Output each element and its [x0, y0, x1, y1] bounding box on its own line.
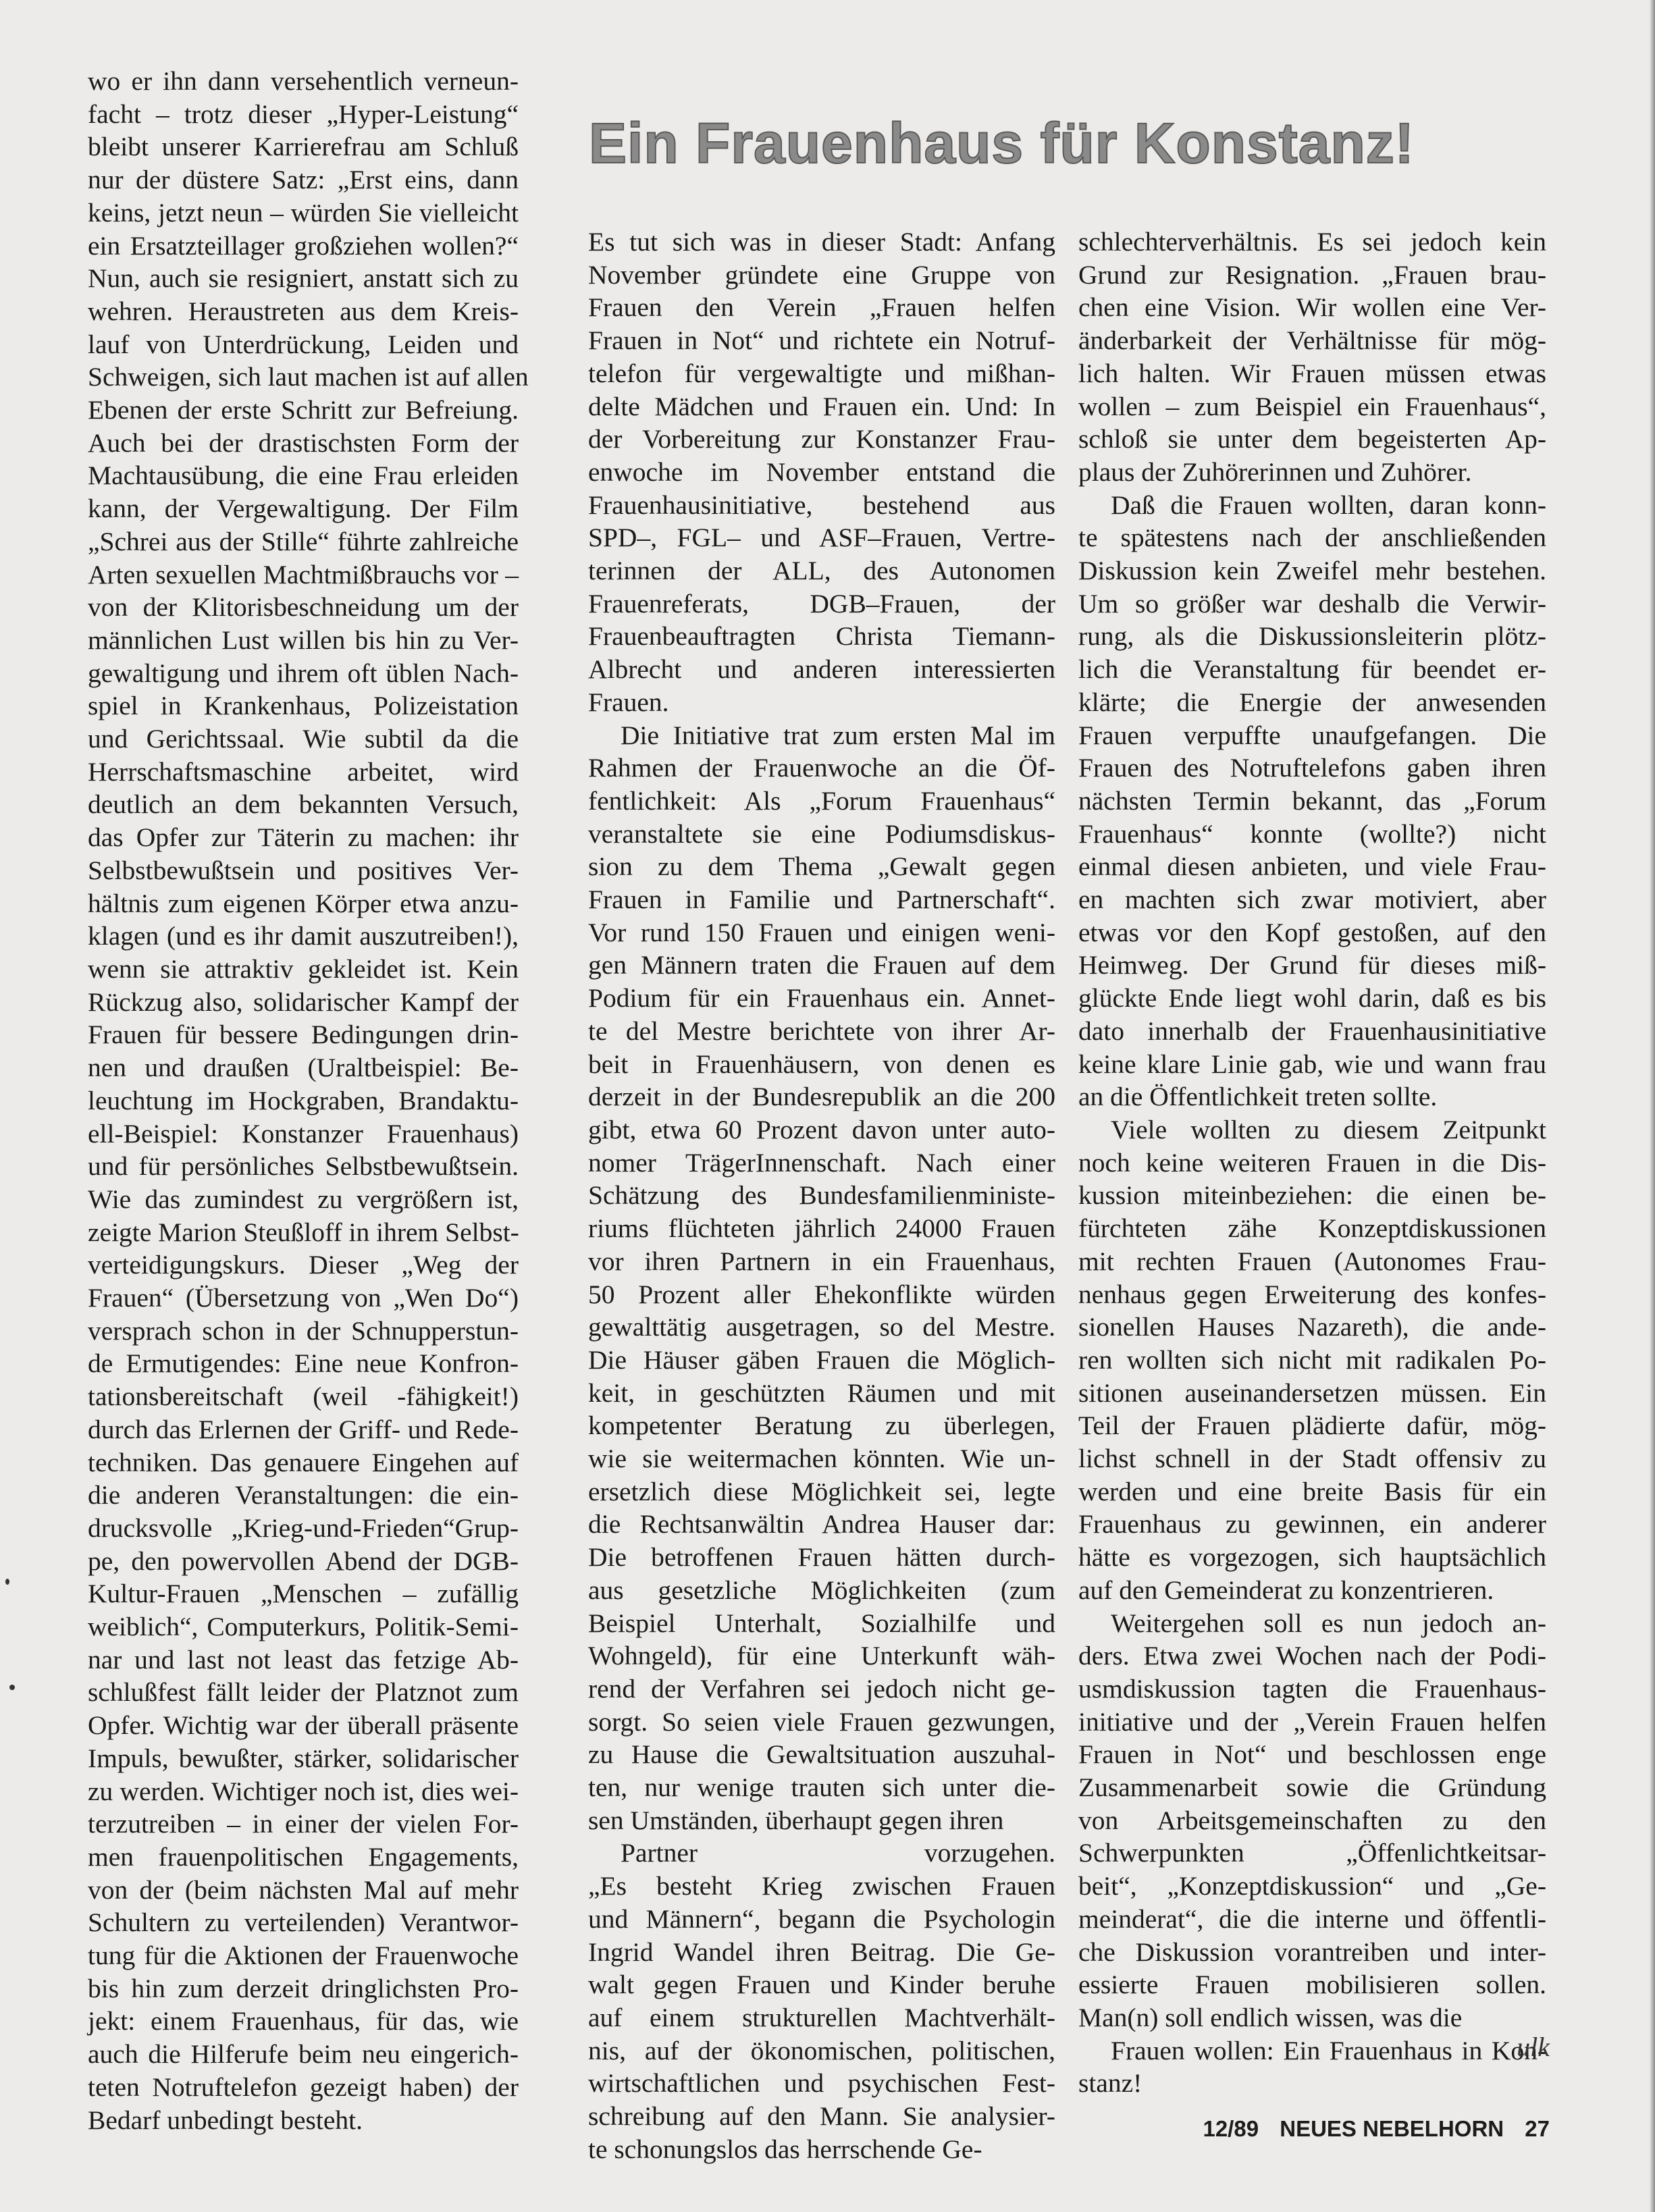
text-line: ders. Etwa zwei Wochen nach der Podi-	[1078, 1639, 1546, 1673]
text-line: Wie das zumindest zu vergrößern ist,	[88, 1183, 519, 1216]
text-line: Um so größer war deshalb die Verwir-	[1078, 587, 1546, 621]
text-line: te schonungslos das herrschende Ge-	[588, 2133, 1055, 2166]
text-line: Man(n) soll endlich wissen, was die	[1078, 2001, 1546, 2034]
text-line: von Arbeitsgemeinschaften zu den	[1078, 1804, 1546, 1837]
text-line: bleibt unserer Karrierefrau am Schluß	[88, 130, 519, 163]
text-line: die Rechtsanwältin Andrea Hauser dar:	[588, 1508, 1055, 1541]
text-line: usmdiskussion tagten die Frauenhaus-	[1078, 1673, 1546, 1706]
text-line: änderbarkeit der Verhältnisse für mög-	[1078, 324, 1546, 357]
text-line: gewaltigung und ihrem oft üblen Nach-	[88, 657, 519, 690]
text-line: sitionen auseinandersetzen müssen. Ein	[1078, 1377, 1546, 1410]
text-line: Frauenhaus“ konnte (wollte?) nicht	[1078, 818, 1546, 851]
text-line: enwoche im November entstand die	[588, 456, 1055, 489]
text-line: Frauen verpuffte unaufgefangen. Die	[1078, 719, 1546, 752]
text-line: leuchtung im Hockgraben, Brandaktu-	[88, 1084, 519, 1117]
text-line: Frauen für bessere Bedingungen drin-	[88, 1018, 519, 1051]
text-line: Weitergehen soll es nun jedoch an-	[1078, 1607, 1546, 1640]
text-line: wo er ihn dann versehentlich verneun-	[88, 65, 519, 98]
text-line: ein Ersatzteillager großziehen wollen?“	[88, 230, 519, 263]
text-line: Frauen in Not“ und beschlossen enge	[1078, 1738, 1546, 1771]
text-line: spiel in Krankenhaus, Polizeistation	[88, 689, 519, 722]
text-line: sorgt. So seien viele Frauen gezwungen,	[588, 1706, 1055, 1739]
text-line: walt gegen Frauen und Kinder beruhe	[588, 1968, 1055, 2001]
text-line: der Vorbereitung zur Konstanzer Frau-	[588, 423, 1055, 456]
text-line: sen Umständen, überhaupt gegen ihren	[588, 1804, 1055, 1837]
text-line: bis hin zum derzeit dringlichsten Pro-	[88, 1972, 519, 2005]
text-line: Frauen.	[588, 686, 1055, 719]
text-line: Nun, auch sie resigniert, anstatt sich z…	[88, 262, 519, 295]
text-line: nomer TrägerInnenschaft. Nach einer	[588, 1147, 1055, 1180]
text-line: glückte Ende liegt wohl darin, daß es bi…	[1078, 982, 1546, 1015]
text-line: „Es besteht Krieg zwischen Frauen	[588, 1870, 1055, 1903]
text-line: und Männern“, begann die Psychologin	[588, 1903, 1055, 1936]
text-line: auf den Gemeinderat zu konzentrieren.	[1078, 1574, 1546, 1607]
text-line: Rahmen der Frauenwoche an die Öf-	[588, 752, 1055, 785]
text-line: men frauenpolitischen Engagements,	[88, 1841, 519, 1874]
text-line: lichst schnell in der Stadt offensiv zu	[1078, 1442, 1546, 1475]
issue-number: 12/89	[1203, 2116, 1259, 2141]
text-line: Kultur-Frauen „Menschen – zufällig	[88, 1577, 519, 1610]
text-line: rend der Verfahren sei jedoch nicht ge-	[588, 1673, 1055, 1706]
text-line: terinnen der ALL, des Autonomen	[588, 554, 1055, 587]
text-line: terzutreiben – in einer der vielen For-	[88, 1808, 519, 1841]
text-line: männlichen Lust willen bis hin zu Ver-	[88, 624, 519, 657]
text-line: techniken. Das genauere Eingehen auf	[88, 1446, 519, 1479]
text-line: Machtausübung, die eine Frau erleiden	[88, 459, 519, 492]
text-line: te spätestens nach der anschließenden	[1078, 521, 1546, 554]
text-line: wollen – zum Beispiel ein Frauenhaus“,	[1078, 390, 1546, 423]
text-line: weiblich“, Computerkurs, Politik-Semi-	[88, 1610, 519, 1643]
text-line: sionellen Hauses Nazareth), die ande-	[1078, 1311, 1546, 1344]
text-line: wie sie weitermachen könnten. Wie un-	[588, 1442, 1055, 1475]
text-line: kann, der Vergewaltigung. Der Film	[88, 492, 519, 525]
text-line: sion zu dem Thema „Gewalt gegen	[588, 850, 1055, 883]
text-line: wehren. Heraustreten aus dem Kreis-	[88, 295, 519, 328]
text-line: telefon für vergewaltigte und mißhan-	[588, 357, 1055, 390]
text-line: riums flüchteten jährlich 24000 Frauen	[588, 1212, 1055, 1245]
text-line: Herrschaftsmaschine arbeitet, wird	[88, 756, 519, 789]
text-line: Vor rund 150 Frauen und einigen weni-	[588, 916, 1055, 949]
text-line: teten Notruftelefon gezeigt haben) der	[88, 2071, 519, 2104]
text-line: stanz!	[1078, 2067, 1546, 2100]
text-line: nenhaus gegen Erweiterung des konfes-	[1078, 1278, 1546, 1311]
text-line: Frauen in Familie und Partnerschaft“.	[588, 883, 1055, 916]
text-line: en machten sich zwar motiviert, aber	[1078, 883, 1546, 916]
text-line: kompetenter Beratung zu überlegen,	[588, 1409, 1055, 1442]
text-line: Teil der Frauen plädierte dafür, mög-	[1078, 1409, 1546, 1442]
text-line: Frauen den Verein „Frauen helfen	[588, 291, 1055, 324]
text-line: nächsten Termin bekannt, das „Forum	[1078, 785, 1546, 818]
text-line: zu werden. Wichtiger noch ist, dies wei-	[88, 1775, 519, 1808]
article-headline: Ein Frauenhaus für Konstanz!	[589, 111, 1415, 176]
text-line: Frauen wollen: Ein Frauenhaus in Kon-	[1078, 2034, 1546, 2068]
scan-speck	[9, 1685, 15, 1690]
text-line: Podium für ein Frauenhaus ein. Annet-	[588, 982, 1055, 1015]
page-number: 27	[1525, 2116, 1550, 2141]
text-line: Frauen in Not“ und richtete ein Notruf-	[588, 324, 1055, 357]
text-line: jekt: einem Frauenhaus, für das, wie	[88, 2005, 519, 2038]
text-line: de Ermutigendes: Eine neue Konfron-	[88, 1347, 519, 1380]
text-line: beit in Frauenhäusern, von denen es	[588, 1048, 1055, 1081]
text-line: wenn sie attraktiv gekleidet ist. Kein	[88, 953, 519, 986]
text-line: Die Häuser gäben Frauen die Möglich-	[588, 1344, 1055, 1377]
text-line: essierte Frauen mobilisieren sollen.	[1078, 1968, 1546, 2001]
text-line: „Schrei aus der Stille“ führte zahlreich…	[88, 525, 519, 558]
text-line: hätte es vorgezogen, sich hauptsächlich	[1078, 1541, 1546, 1574]
text-line: tationsbereitschaft (weil -fähigkeit!)	[88, 1380, 519, 1413]
text-column-middle: Es tut sich was in dieser Stadt: AnfangN…	[588, 226, 1055, 2165]
text-line: Albrecht und anderen interessierten	[588, 653, 1055, 686]
text-line: zu Hause die Gewaltsituation auszuhal-	[588, 1738, 1055, 1771]
text-column-left: wo er ihn dann versehentlich verneun-fac…	[88, 65, 519, 2136]
text-line: Arten sexuellen Machtmißbrauchs vor –	[88, 558, 519, 591]
text-line: deutlich an dem bekannten Versuch,	[88, 788, 519, 821]
text-line: Beispiel Unterhalt, Sozialhilfe und	[588, 1607, 1055, 1640]
text-line: Frauen“ (Übersetzung von „Wen Do“)	[88, 1282, 519, 1315]
text-line: Zusammenarbeit sowie die Gründung	[1078, 1771, 1546, 1804]
author-byline: ulk	[1517, 2031, 1550, 2063]
text-line: auch die Hilferufe beim neu eingerich-	[88, 2038, 519, 2071]
text-line: kussion miteinbeziehen: die einen be-	[1078, 1179, 1546, 1212]
text-line: klärte; die Energie der anwesenden	[1078, 686, 1546, 719]
text-line: tung für die Aktionen der Frauenwoche	[88, 1939, 519, 1972]
text-line: klagen (und es ihr damit auszutreiben!),	[88, 920, 519, 953]
text-line: Die Initiative trat zum ersten Mal im	[588, 719, 1055, 752]
text-line: Schweigen, sich laut machen ist auf alle…	[88, 361, 519, 394]
text-line: Schultern zu verteilenden) Verantwor-	[88, 1906, 519, 1939]
text-line: nar und last not least das fetzige Ab-	[88, 1643, 519, 1677]
text-line: durch das Erlernen der Griff- und Rede-	[88, 1413, 519, 1446]
text-line: von der (beim nächsten Mal auf mehr	[88, 1874, 519, 1907]
text-line: ersetzlich diese Möglichkeit sei, legte	[588, 1475, 1055, 1508]
text-line: von der Klitorisbeschneidung um der	[88, 591, 519, 624]
text-line: schloß sie unter dem begeisterten Ap-	[1078, 423, 1546, 456]
text-line: nur der düstere Satz: „Erst eins, dann	[88, 163, 519, 196]
text-line: Frauenreferats, DGB–Frauen, der	[588, 587, 1055, 621]
text-line: nis, auf der ökonomischen, politischen,	[588, 2034, 1055, 2068]
text-line: versprach schon in der Schnupperstun-	[88, 1315, 519, 1348]
text-line: keine klare Linie gab, wie und wann frau	[1078, 1048, 1546, 1081]
text-line: und Gerichtssaal. Wie subtil da die	[88, 722, 519, 756]
text-line: fentlichkeit: Als „Forum Frauenhaus“	[588, 785, 1055, 818]
text-line: ell-Beispiel: Konstanzer Frauenhaus)	[88, 1117, 519, 1151]
text-line: Bedarf unbedingt besteht.	[88, 2104, 519, 2137]
text-line: meinderat“, die die interne und öffentli…	[1078, 1903, 1546, 1936]
text-line: das Opfer zur Täterin zu machen: ihr	[88, 821, 519, 854]
text-line: Es tut sich was in dieser Stadt: Anfang	[588, 226, 1055, 259]
text-line: lich halten. Wir Frauen müssen etwas	[1078, 357, 1546, 390]
text-line: gibt, etwa 60 Prozent davon unter auto-	[588, 1113, 1055, 1147]
text-line: facht – trotz dieser „Hyper-Leistung“	[88, 98, 519, 131]
text-line: etwas vor den Kopf gestoßen, auf den	[1078, 916, 1546, 949]
page-edge-shadow	[1650, 0, 1655, 2212]
text-line: Diskussion kein Zweifel mehr bestehen.	[1078, 554, 1546, 587]
text-line: rung, als die Diskussionsleiterin plötz-	[1078, 620, 1546, 653]
text-line: SPD–, FGL– und ASF–Frauen, Vertre-	[588, 521, 1055, 554]
text-line: werden und eine breite Basis für ein	[1078, 1475, 1546, 1508]
text-line: Grund zur Resignation. „Frauen brau-	[1078, 259, 1546, 292]
text-line: Rückzug also, solidarischer Kampf der	[88, 986, 519, 1019]
text-line: Ebenen der erste Schritt zur Befreiung.	[88, 394, 519, 427]
text-line: te del Mestre berichtete von ihrer Ar-	[588, 1015, 1055, 1048]
text-line: Schätzung des Bundesfamilienministe-	[588, 1179, 1055, 1212]
text-line: schreibung auf den Mann. Sie analysier-	[588, 2100, 1055, 2133]
text-column-right: schlechterverhältnis. Es sei jedoch kein…	[1078, 226, 1546, 2100]
text-line: Ingrid Wandel ihren Beitrag. Die Ge-	[588, 1936, 1055, 1969]
text-line: chen eine Vision. Wir wollen eine Ver-	[1078, 291, 1546, 324]
text-line: Wohngeld), für eine Unterkunft wäh-	[588, 1639, 1055, 1673]
text-line: einmal diesen anbieten, und viele Frau-	[1078, 850, 1546, 883]
text-line: Impuls, bewußter, stärker, solidarischer	[88, 1742, 519, 1775]
text-line: gewalttätig ausgetragen, so del Mestre.	[588, 1311, 1055, 1344]
text-line: die anderen Veranstaltungen: die ein-	[88, 1479, 519, 1512]
text-line: Heimweg. Der Grund für dieses miß-	[1078, 949, 1546, 982]
text-line: Selbstbewußtsein und positives Ver-	[88, 854, 519, 887]
text-line: Daß die Frauen wollten, daran konn-	[1078, 489, 1546, 522]
text-line: 50 Prozent aller Ehekonflikte würden	[588, 1278, 1055, 1311]
text-line: Schwerpunkten „Öffenlichtkeitsar-	[1078, 1837, 1546, 1870]
text-line: Viele wollten zu diesem Zeitpunkt	[1078, 1113, 1546, 1147]
text-line: Die betroffenen Frauen hätten durch-	[588, 1541, 1055, 1574]
text-line: vor ihren Partnern in ein Frauenhaus,	[588, 1245, 1055, 1278]
text-line: dato innerhalb der Frauenhausinitiative	[1078, 1015, 1546, 1048]
text-line: zeigte Marion Steußloff in ihrem Selbst-	[88, 1216, 519, 1249]
text-line: hältnis zum eigenen Körper etwa anzu-	[88, 887, 519, 920]
text-line: und für persönliches Selbstbewußtsein.	[88, 1150, 519, 1183]
text-line: pe, den powervollen Abend der DGB-	[88, 1545, 519, 1578]
text-line: auf einem strukturellen Machtverhält-	[588, 2001, 1055, 2034]
text-line: drucksvolle „Krieg-und-Frieden“Grup-	[88, 1512, 519, 1545]
text-line: Frauenhaus zu gewinnen, ein anderer	[1078, 1508, 1546, 1541]
text-line: Auch bei der drastischsten Form der	[88, 427, 519, 460]
text-line: lich die Veranstaltung für beendet er-	[1078, 653, 1546, 686]
text-line: an die Öffentlichkeit treten sollte.	[1078, 1080, 1546, 1113]
text-line: mit rechten Frauen (Autonomes Frau-	[1078, 1245, 1546, 1278]
text-line: noch keine weiteren Frauen in die Dis-	[1078, 1147, 1546, 1180]
text-line: keit, in geschützten Räumen und mit	[588, 1377, 1055, 1410]
text-line: Partner vorzugehen.	[588, 1837, 1055, 1870]
text-line: che Diskussion vorantreiben und inter-	[1078, 1936, 1546, 1969]
text-line: lauf von Unterdrückung, Leiden und	[88, 328, 519, 361]
text-line: ten, nur wenige trauten sich unter die-	[588, 1771, 1055, 1804]
text-line: November gründete eine Gruppe von	[588, 259, 1055, 292]
text-line: verteidigungskurs. Dieser „Weg der	[88, 1248, 519, 1282]
page-footer: 12/89 NEUES NEBELHORN 27	[1203, 2116, 1550, 2142]
text-line: plaus der Zuhörerinnen und Zuhörer.	[1078, 456, 1546, 489]
text-line: aus gesetzliche Möglichkeiten (zum	[588, 1574, 1055, 1607]
text-line: veranstaltete sie eine Podiumsdiskus-	[588, 818, 1055, 851]
scan-speck	[5, 1579, 9, 1585]
text-line: beit“, „Konzeptdiskussion“ und „Ge-	[1078, 1870, 1546, 1903]
magazine-name: NEUES NEBELHORN	[1280, 2116, 1504, 2141]
text-line: delte Mädchen und Frauen ein. Und: In	[588, 390, 1055, 423]
text-line: initiative und der „Verein Frauen helfen	[1078, 1706, 1546, 1739]
text-line: gen Männern traten die Frauen auf dem	[588, 949, 1055, 982]
text-line: Frauen des Notruftelefons gaben ihren	[1078, 752, 1546, 785]
text-line: Opfer. Wichtig war der überall präsente	[88, 1709, 519, 1742]
text-line: schlechterverhältnis. Es sei jedoch kein	[1078, 226, 1546, 259]
text-line: schlußfest fällt leider der Platznot zum	[88, 1676, 519, 1709]
text-line: nen und draußen (Uraltbeispiel: Be-	[88, 1051, 519, 1084]
text-line: Frauenbeauftragten Christa Tiemann-	[588, 620, 1055, 653]
text-line: wirtschaftlichen und psychischen Fest-	[588, 2067, 1055, 2100]
text-line: fürchteten zähe Konzeptdiskussionen	[1078, 1212, 1546, 1245]
text-line: derzeit in der Bundesrepublik an die 200	[588, 1080, 1055, 1113]
text-line: keins, jetzt neun – würden Sie vielleich…	[88, 196, 519, 230]
text-line: ren wollten sich nicht mit radikalen Po-	[1078, 1344, 1546, 1377]
text-line: Frauenhausinitiative, bestehend aus	[588, 489, 1055, 522]
